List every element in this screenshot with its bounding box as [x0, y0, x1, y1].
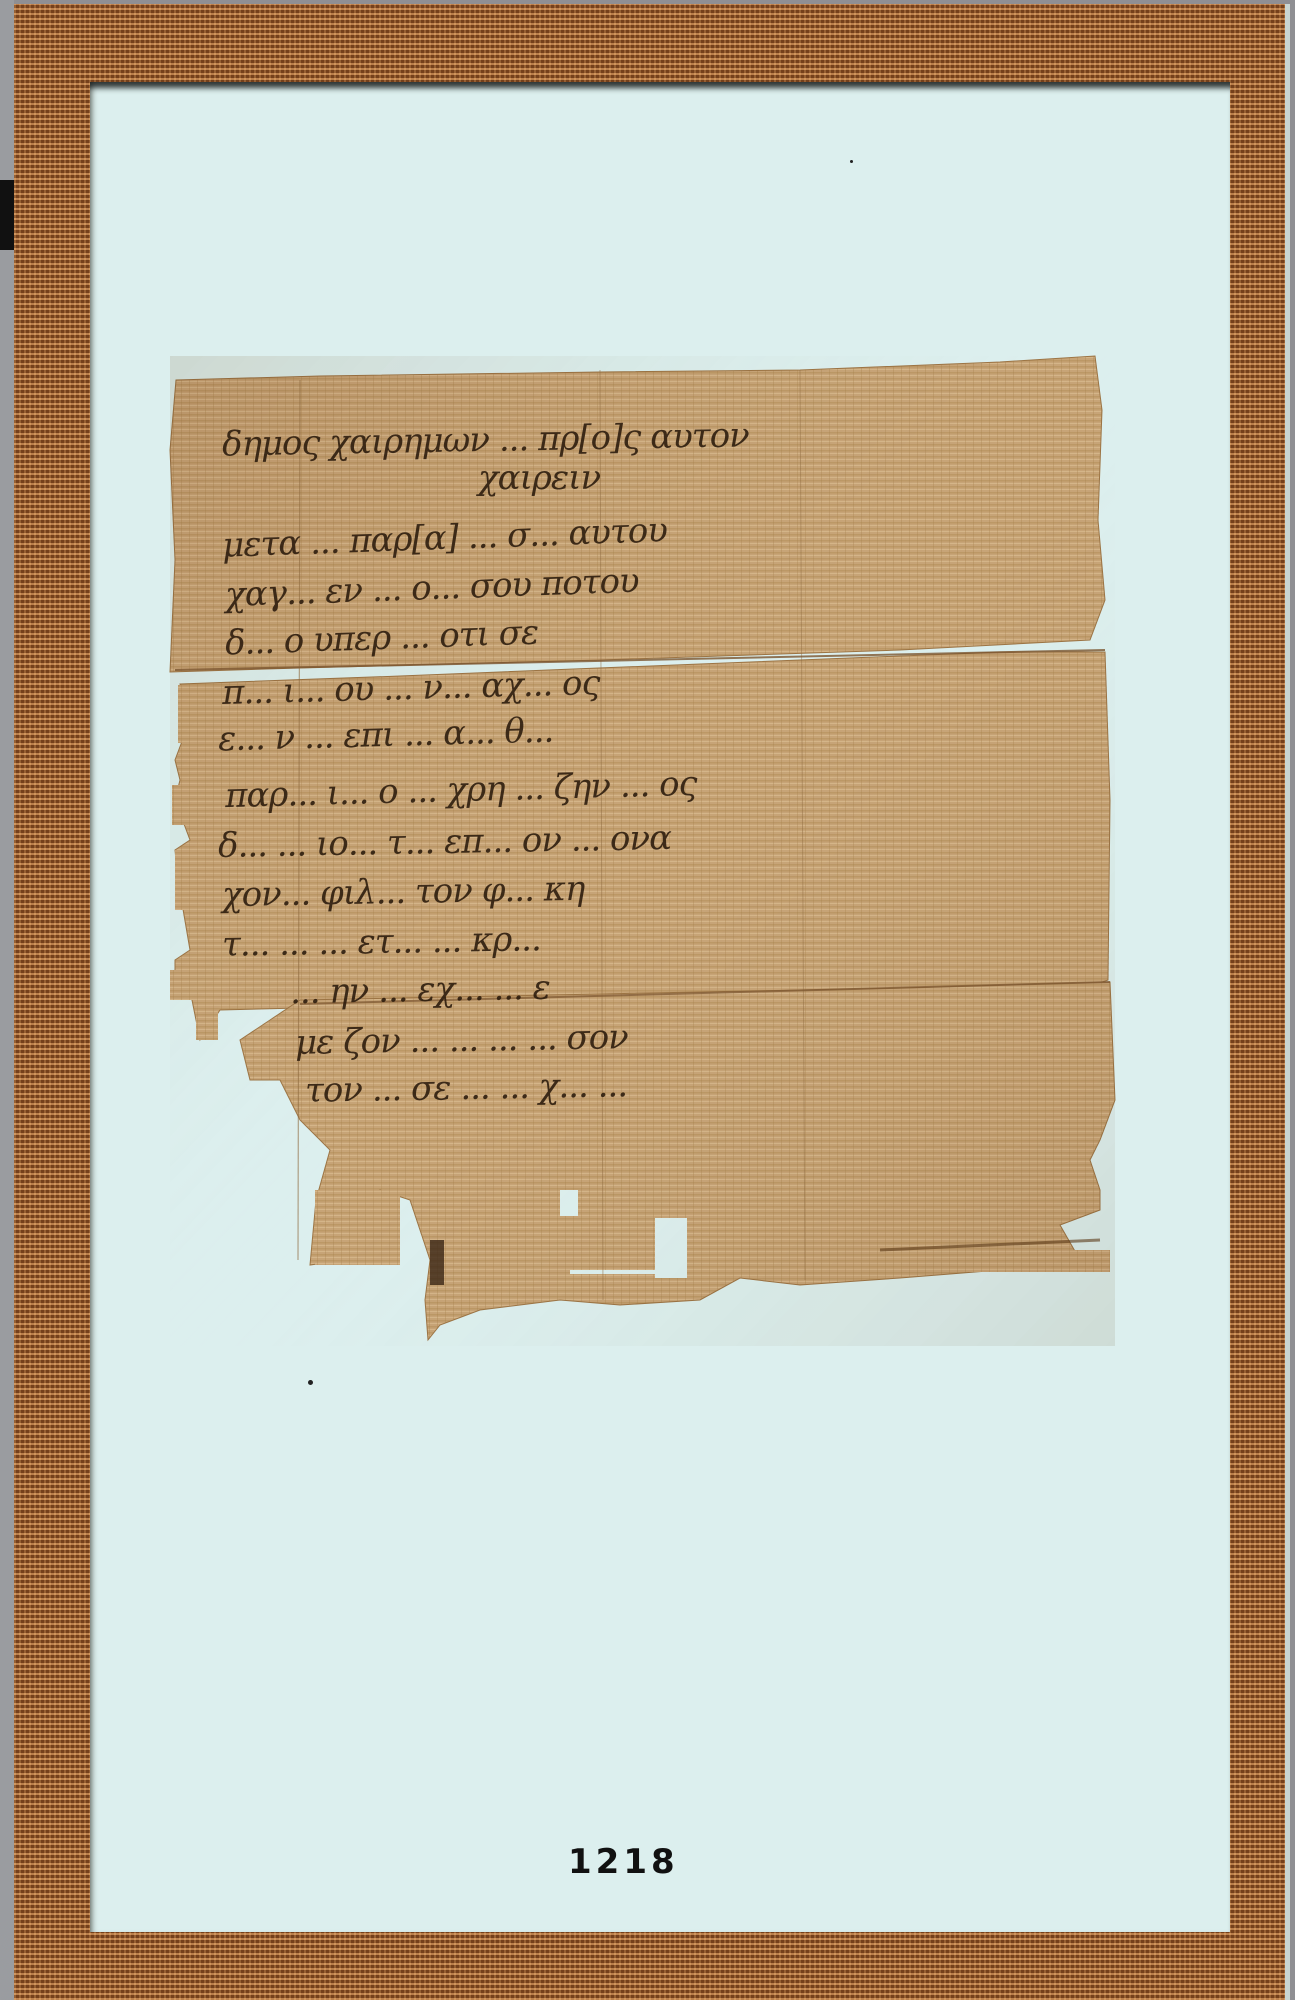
- inventory-number-label: 1218: [568, 1842, 679, 1882]
- papyrus-line: χον... φιλ... τον φ... κη: [222, 869, 585, 915]
- papyrus-line: τον ... σε ... ... χ... ...: [305, 1065, 628, 1111]
- papyrus-line: δ... ... ιο... τ... επ... ον ... ονα: [218, 818, 672, 866]
- papyrus-line: με ζον ... ... ... ... σον: [295, 1017, 628, 1063]
- papyrus-fragment: [0, 0, 1295, 2000]
- papyrus-line: χαιρειν: [478, 458, 600, 498]
- dust-speck: [308, 1380, 313, 1385]
- dust-speck: [850, 160, 853, 163]
- papyrus-line: ... ην ... εχ... ... ε: [290, 968, 551, 1013]
- papyrus-line: τ... ... ... ετ... ... κρ...: [222, 919, 541, 965]
